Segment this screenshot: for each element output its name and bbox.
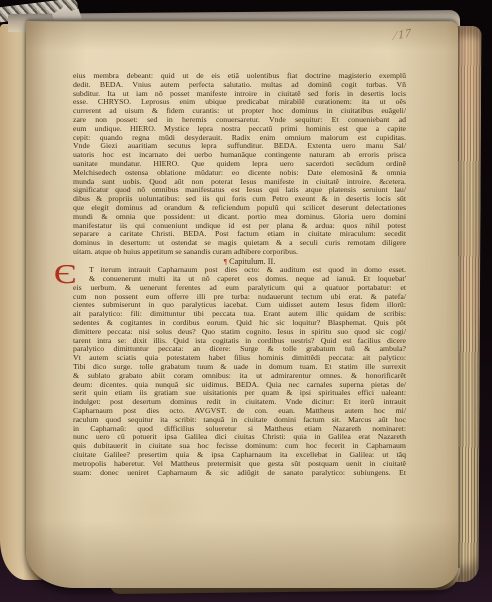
printed-text-block: eius membra debeant: quid ut de eis etiã… bbox=[73, 72, 406, 477]
commentary-text: eius membra debeant: quid ut de eis etiã… bbox=[73, 72, 406, 257]
text-line: mundi & omnia que possident: ut dicant. … bbox=[73, 213, 406, 222]
text-line: serit quin etiam iis gratiam sue uisitat… bbox=[73, 389, 406, 398]
text-line: tarent intra se: dixit illis. Quid ista … bbox=[73, 337, 406, 346]
text-line: raculum quod sequitur ita scribit: tanqu… bbox=[73, 416, 406, 425]
text-line: T iterum intrauit Capharnaum post dies o… bbox=[73, 266, 406, 275]
text-line: metropolis haberetur. Vel Mattheus prete… bbox=[73, 460, 406, 469]
text-line: & sublato grabato abiit coram omnibus: i… bbox=[73, 372, 406, 381]
chapter-lines: T iterum intrauit Capharnaum post dies o… bbox=[73, 266, 406, 477]
text-line: cum non possent eum offerre illi pre tur… bbox=[73, 293, 406, 302]
paragraph-mark-icon: ¶ bbox=[224, 257, 227, 266]
text-line: Capharnaum post dies octo. AVGVST. de co… bbox=[73, 407, 406, 416]
text-line: cientes submiserunt in quo paralyticus i… bbox=[73, 301, 406, 310]
text-line: indulget: post desertum dominus redit in… bbox=[73, 398, 406, 407]
text-line: que elegit dominus ad orandum & reficien… bbox=[73, 204, 406, 213]
text-line: eum undique. HIERO. Mystice lepra nostra… bbox=[73, 125, 406, 134]
text-line: paralytico dimittuntur peccata: an dicer… bbox=[73, 345, 406, 354]
lombard-initial-letter: Є bbox=[54, 261, 76, 288]
chapter-heading: ¶Capitulum. II. bbox=[83, 257, 416, 267]
text-line: quis dubitauerit in ciuitate sua hoc fec… bbox=[73, 442, 406, 451]
book-photograph: 17 eius membra debeant: quid ut de eis e… bbox=[0, 0, 492, 602]
text-line: subditur. Ita ut iam nõ posset manifeste… bbox=[73, 90, 406, 99]
text-line: uatoris hoc est incarnato dei uerbo huma… bbox=[73, 151, 406, 160]
text-line: dominus in desertum: ut ostendat se magi… bbox=[73, 239, 406, 248]
text-line: dibus & propriis uoluntatibus: sed iis q… bbox=[73, 195, 406, 204]
text-line: dimittere peccata: nisi solus deus? Quo … bbox=[73, 328, 406, 337]
text-line: esse. CHRYSO. Leprosus enim ubique predi… bbox=[73, 98, 406, 107]
text-line: uitam. atque ob huius appetitum se sanan… bbox=[73, 248, 406, 257]
chapter-heading-label: Capitulum. II. bbox=[229, 257, 275, 266]
text-line: currerent ad uisum & fidem curantis: ut … bbox=[73, 107, 406, 116]
text-line: eius membra debeant: quid ut de eis etiã… bbox=[73, 72, 406, 81]
text-line: cepit: quando regna mũdi desyderauit. Ra… bbox=[73, 134, 406, 143]
text-line: deum: dicentes. quia nunquã sic uidimus.… bbox=[73, 381, 406, 390]
text-line: manifestatur iis qui conueniunt undique … bbox=[73, 222, 406, 231]
text-line: dedit. BEDA. Vnius autem perfecta saluta… bbox=[73, 81, 406, 90]
text-line: Vnde Giezi auaritiam secutus lepra suffu… bbox=[73, 142, 406, 151]
chapter-text: Є T iterum intrauit Capharnaum post dies… bbox=[73, 266, 406, 477]
text-line: nunc uero cũ potuerit ipsa Galilea dici … bbox=[73, 433, 406, 442]
text-line: ciuitate Galilee? presertim quia & ipsa … bbox=[73, 451, 406, 460]
text-line: eis uerbum. & uenerunt ferentes ad eum p… bbox=[73, 284, 406, 293]
text-line: significatur quod nõ omnibus manifestatu… bbox=[73, 186, 406, 195]
text-line: uanitate mundatur. HIERO. Que quidem lep… bbox=[73, 160, 406, 169]
text-line: suam: donec ueniret Capharnaum & sic adi… bbox=[73, 469, 406, 478]
text-line: sedentes & cogitantes in cordibus eorum.… bbox=[73, 319, 406, 328]
text-line: separare a caritate Christi. BEDA. Post … bbox=[73, 230, 406, 239]
text-line: Tibi dico surge. tolle grabatum tuum & u… bbox=[73, 363, 406, 372]
text-line: zare non posset: sed in heremis conuersa… bbox=[73, 116, 406, 125]
text-line: & conuenerunt multi ita ut nõ caperet eo… bbox=[73, 275, 406, 284]
text-line: ait paralytico: fili: dimittuntur tibi p… bbox=[73, 310, 406, 319]
text-line: Melchisedech ostensa oblatione mũdatur: … bbox=[73, 169, 406, 178]
handwritten-folio-number: 17 bbox=[394, 25, 412, 43]
text-line: Vt autem sciatis quia potestatem habet f… bbox=[73, 354, 406, 363]
text-line: in Capharnaũ: quod difficilius solueretu… bbox=[73, 425, 406, 434]
text-line: munda sunt uobis. Quod aũt non poterat I… bbox=[73, 178, 406, 187]
